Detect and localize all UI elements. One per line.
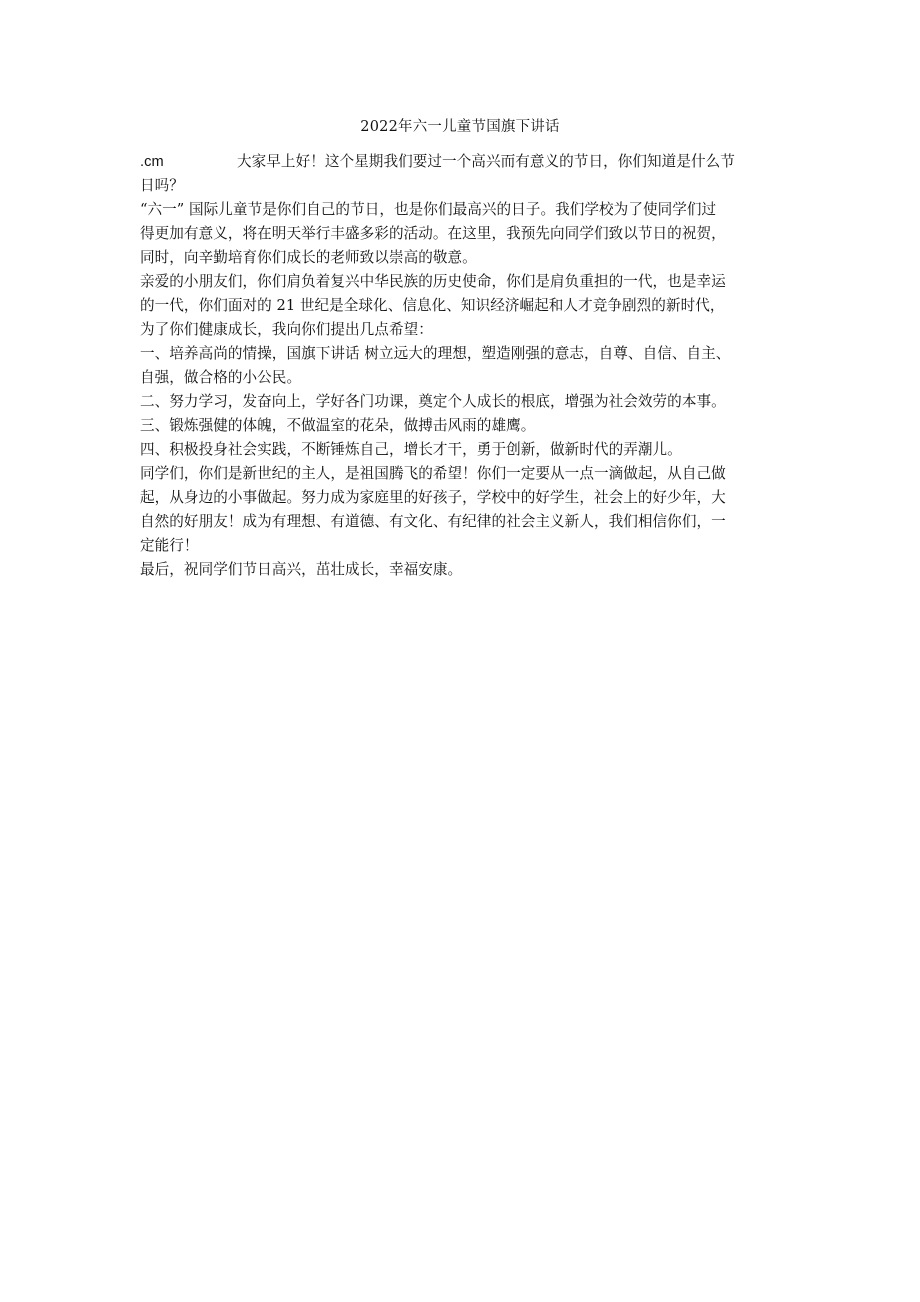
body-line: 自然的好朋友！成为有理想、有道德、有文化、有纪律的社会主义新人，我们相信你们，一 (140, 510, 795, 534)
line-text: 大家早上好！这个星期我们要过一个高兴而有意义的节日，你们知道是什么节 (237, 153, 735, 170)
body-line: 为了你们健康成长，我向你们提出几点希望： (140, 318, 795, 342)
body-line: 同学们，你们是新世纪的主人，是祖国腾飞的希望！你们一定要从一点一滴做起，从自己做 (140, 462, 795, 486)
body-line: 定能行！ (140, 534, 795, 558)
body-line: 得更加有意义，将在明天举行丰盛多彩的活动。在这里，我预先向同学们致以节日的祝贺， (140, 222, 795, 246)
document-title: 2022年六一儿童节国旗下讲话 (0, 116, 920, 138)
body-line: 日吗？ (140, 174, 795, 198)
body-line: 同时，向辛勤培育你们成长的老师致以崇高的敬意。 (140, 246, 795, 270)
body-line: 的一代，你们面对的 21 世纪是全球化、信息化、知识经济崛起和人才竞争剧烈的新时… (140, 294, 795, 318)
body-line: 二、努力学习，发奋向上，学好各门功课，奠定个人成长的根底，增强为社会效劳的本事。 (140, 390, 795, 414)
document-body: .cm大家早上好！这个星期我们要过一个高兴而有意义的节日，你们知道是什么节 日吗… (140, 150, 795, 582)
body-line: 最后，祝同学们节日高兴，茁壮成长，幸福安康。 (140, 558, 795, 582)
body-line: 起，从身边的小事做起。努力成为家庭里的好孩子，学校中的好学生，社会上的好少年，大 (140, 486, 795, 510)
lead-text: .cm (140, 150, 237, 174)
body-line: 一、培养高尚的情操，国旗下讲话 树立远大的理想，塑造刚强的意志，自尊、自信、自主… (140, 342, 795, 366)
document-page: 2022年六一儿童节国旗下讲话 .cm大家早上好！这个星期我们要过一个高兴而有意… (0, 0, 920, 1302)
body-line: 三、锻炼强健的体魄，不做温室的花朵，做搏击风雨的雄鹰。 (140, 414, 795, 438)
body-line: 亲爱的小朋友们，你们肩负着复兴中华民族的历史使命，你们是肩负重担的一代，也是幸运 (140, 270, 795, 294)
body-line: 四、积极投身社会实践，不断锤炼自己，增长才干，勇于创新，做新时代的弄潮儿。 (140, 438, 795, 462)
body-line: .cm大家早上好！这个星期我们要过一个高兴而有意义的节日，你们知道是什么节 (140, 150, 795, 174)
body-line: 自强，做合格的小公民。 (140, 366, 795, 390)
body-line: “六一” 国际儿童节是你们自己的节日，也是你们最高兴的日子。我们学校为了使同学们… (140, 198, 795, 222)
